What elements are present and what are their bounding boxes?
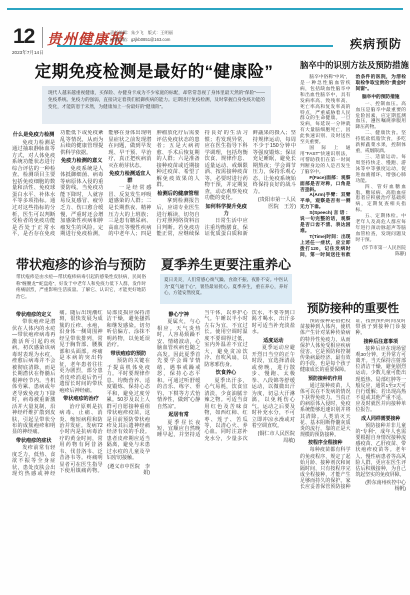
article-subheading: 接种后注意事项 [356,340,407,346]
shingles-article-intro: 带状疱疹是由水痘—带状疱疹病毒引起的感染性皮肤病，民间俗称“缠腰龙”“蛇盘疮”，… [16,274,146,304]
article-subheading: 如何科学提升免疫力 [205,204,248,217]
top-accent-rule [7,8,403,10]
editor-email: 投稿邮箱：gzjkb0851@163.com [110,36,173,43]
article-paragraph: 一、控制血压。高血压是脑卒中最重要的危险因素，应定期监测血压，遵医嘱规律服用降压… [356,101,407,131]
article-byline: (遵义市中医院 李娟) [107,464,150,477]
article-subheading: 脑卒中的预防措施 [356,94,407,100]
newspaper-page: 12 2023年7月14日 贵州健康报 责任编辑：朱少飞 版式：王明丽 投稿邮箱… [0,0,410,595]
vaccine-article-title: 预防接种的重要性 [300,300,406,316]
shingles-article-body: 带状疱疹的定义带状疱疹是潜伏在人体内的水痘—带状疱疹病毒再激活所引起的疾病。初次… [12,310,150,566]
article-paragraph: 带状疱疹是潜伏在人体内的水痘—带状疱疹病毒再激活所引起的疾病。初次感染该病毒时表… [12,319,55,435]
article-subheading: 免疫力检测适宜人群 [108,171,151,184]
article-subheading: 静心宁神 [157,312,200,318]
header-divider [42,27,43,48]
article-subheading: 预防接种的作用 [300,377,351,383]
shingles-article-title: 带状疱疹的诊治与预防 [12,254,150,273]
page-date: 2023年7月14日 [12,50,44,56]
article-byline: (铜仁市人民医院 周敏) [252,431,295,444]
article-paragraph: 四、管好血糖血脂。糖尿病、高脂血症患者应积极治疗基础疾病，定期复查相关指标。 [356,184,407,214]
article-subheading: 起居有常 [157,412,200,418]
article-paragraph: 预防接种并非儿童的“专利”，成年人也需要根据自身情况接种流感疫苗、乙肝疫苗、带状… [356,424,407,480]
article-paragraph: 三、适量运动。每周坚持快走、慢跑、游泳等中等强度运动，促进血液循环，增强心肺功能… [356,154,407,184]
summer-article-intro: 夏日炎炎，人们常感心烦气躁、食欲不振、夜卧不安。中医认为“夏气通于心”，暑热最易… [160,274,292,304]
article-subheading: 按程序全程接种 [300,441,351,447]
article-paragraph: 夏属火，与心相应。天气炎热时，人容易烦躁不安、情绪波动，心脑血管疾病也随之高发。… [157,319,200,410]
article-paragraph: 脑卒中俗称“中风”，是一种急性脑血管疾病，包括缺血性脑卒中和出血性脑卒中，具有发… [300,74,351,145]
stroke-article-body: 脑卒中俗称“中风”，是一种急性脑血管疾病，包括缺血性脑卒中和出血性脑卒中，具有发… [300,74,406,292]
article-byline: (毕节市第一人民医院 陈静) [356,245,407,257]
article-subheading: 适度运动 [252,338,295,344]
article-paragraph: 五、定期体检。中老年人及高危人群应每年进行颈动脉超声等脑血管检查，发现问题及时干… [356,213,407,243]
article-paragraph: 国际上通用“FAST”快速识别法，可帮助我们在第一时间判断身边的人是否发生了脑卒… [300,145,351,175]
article-paragraph: 预防的关键在于提高机体免疫力。平时要规律作息、均衡营养、适度锻炼、保持心态平和，… [107,358,150,462]
article-subheading: 检测后的健康管理 [156,191,199,198]
main-article-intro: 现代人越来越重视健康，买保险、办健身卡成为不少家庭的标配，却常常忽视了身体里最天… [42,86,271,124]
vaccine-article-body: 预防接种是指把疫苗接种到人体内，使机体产生针对某种传染病的特异性免疫力，从而保护… [300,319,406,566]
article-paragraph: 二、健康饮食。坚持低盐低脂饮食，多吃新鲜蔬菜水果，控制体重，戒烟限酒。 [356,130,407,154]
article-subheading: 带状疱疹的症状 [12,438,55,444]
article-bold-paragraph: A(Arm)手臂：双臂平举，观察是否有一侧无力下垂。 [300,192,351,210]
article-paragraph: 夏季运动应避开烈日当空的正午时段，宜选择清晨或傍晚，进行散步、慢跑、太极拳、八段… [252,345,295,429]
article-paragraph: 预防接种是指把疫苗接种到人体内，使机体产生针对某种传染病的特异性免疫力，从而保护… [300,319,351,375]
article-subheading: 带状疱疹的治疗 [59,396,102,402]
main-article-title: 定期免疫检测是最好的“健康险” [12,58,296,82]
article-byline: (贵阳市第一人民医院 王芳) [253,197,296,210]
article-subheading: 饮食养心 [204,370,247,376]
main-article-body: 什么是免疫力检测免疫力检测是通过抽取静脉血等方式，对人体免疫系统功能状态进行综合… [12,130,296,241]
section-label: 疾病预防 [350,35,402,52]
summer-article-title: 夏季养生更要注重养心 [157,254,295,273]
article-subheading: 带状疱疹的预防 [107,351,150,357]
article-paragraph: 接种后应在现场留观30分钟，无异常方可离开。当天保持注射部位清洁干燥，避免剧烈运… [356,347,407,415]
article-subheading: 成人同样需要接种 [356,417,407,423]
article-paragraph: 通过接种疫苗，人体可以在不发病的情况下获得免疫力。当真正的病原体入侵时，免疫系统… [300,384,351,440]
summer-article-body: 静心宁神夏属火，与心相应。天气炎热时，人容易烦躁不安、情绪波动，心脑血管疾病也随… [157,310,295,566]
article-subheading: 带状疱疹的定义 [12,312,55,318]
article-subheading: 什么是免疫力检测 [12,132,55,139]
header-accent-rule [57,45,333,47]
page-number: 12 [13,25,34,49]
article-bold-paragraph: F(Face)面部：观察面部是否对称，口角是否歪斜。 [300,175,351,193]
editor-info: 责任编辑：朱少飞 版式：王明丽 投稿邮箱：gzjkb0851@163.com [110,29,173,43]
article-byline: (黔东南州疾控中心 杨帆) [356,481,407,493]
article-bold-paragraph: S(Speech)言语：说一句完整的话，观察是否口齿不清、表达困难。 [300,210,351,234]
article-subheading: 免疫力检测的意义 [60,158,103,165]
editor-line: 责任编辑：朱少飞 版式：王明丽 [110,29,173,36]
stroke-article-title: 脑卒中的识别方法及预防措施 [300,59,406,71]
